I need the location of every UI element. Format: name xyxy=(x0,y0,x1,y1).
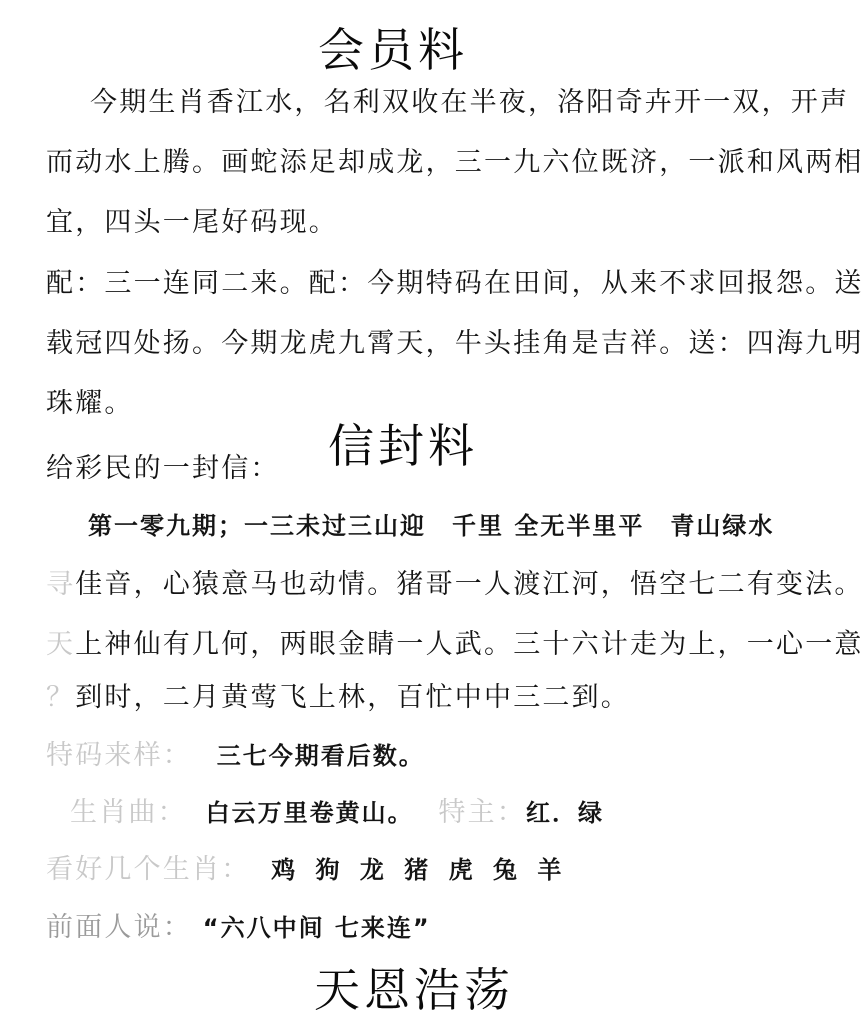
title-bottom: 天恩浩荡 xyxy=(314,954,514,1020)
item-zodiac-song: 生肖曲： 白云万里卷黄山。 特主：红．绿 xyxy=(70,790,604,829)
envelope-line-text: 上神仙有几何，两眼金睛一人武。三十六计走为上，一心一意 xyxy=(75,629,863,660)
item-value: 白云万里卷黄山。 xyxy=(206,799,414,827)
item-zodiacs: 看好几个生肖： 鸡 狗 龙 猪 虎 兔 羊 xyxy=(46,847,567,886)
item-extra-label: 特主： xyxy=(438,797,526,828)
item-value: 三七今期看后数。 xyxy=(217,742,425,770)
item-label: 看好几个生肖： xyxy=(46,854,250,885)
item-extra-value: 红．绿 xyxy=(526,799,604,827)
envelope-line-3: ？到时，二月黄莺飞上林，百忙中中三二到。 xyxy=(46,675,630,714)
item-value: 鸡 狗 龙 猪 虎 兔 羊 xyxy=(271,856,567,884)
members-line-5: 载冠四处扬。今期龙虎九霄天，牛头挂角是吉祥。送：四海九明 xyxy=(46,321,864,360)
members-line-4: 配：三一连同二来。配：今期特码在田间，从来不求回报怨。送： xyxy=(46,261,866,300)
envelope-intro: 给彩民的一封信： xyxy=(46,446,280,485)
members-line-2: 而动水上腾。画蛇添足却成龙，三一九六位既济，一派和风两相 xyxy=(46,140,864,179)
envelope-line-1: 寻佳音，心猿意马也动情。猪哥一人渡江河，悟空七二有变法。 xyxy=(46,562,864,601)
members-line-3: 宜，四头一尾好码现。 xyxy=(46,200,338,239)
item-label: 特码来样： xyxy=(46,740,192,771)
faded-char: ？ xyxy=(46,682,75,713)
members-line-6: 珠耀。 xyxy=(46,381,134,420)
title-envelope: 信封料 xyxy=(328,410,478,476)
item-label: 前面人说： xyxy=(46,912,192,943)
item-special-code: 特码来样： 三七今期看后数。 xyxy=(46,733,425,772)
envelope-line-2: 天上神仙有几何，两眼金睛一人武。三十六计走为上，一心一意 xyxy=(46,622,864,661)
item-quote: 前面人说： “六八中间 七来连” xyxy=(46,905,431,944)
faded-char: 寻 xyxy=(46,569,75,600)
envelope-line-text: 佳音，心猿意马也动情。猪哥一人渡江河，悟空七二有变法。 xyxy=(75,569,863,600)
envelope-headline: 第一零九期；一三未过三山迎 千里 全无半里平 青山绿水 xyxy=(88,506,774,541)
envelope-line-text: 到时，二月黄莺飞上林，百忙中中三二到。 xyxy=(75,682,630,713)
title-members: 会员料 xyxy=(318,14,468,80)
item-value: “六八中间 七来连” xyxy=(203,914,431,942)
faded-char: 天 xyxy=(46,629,75,660)
members-line-1: 今期生肖香江水，名利双收在半夜，洛阳奇卉开一双，开声 xyxy=(90,80,849,119)
item-label: 生肖曲： xyxy=(70,797,187,828)
